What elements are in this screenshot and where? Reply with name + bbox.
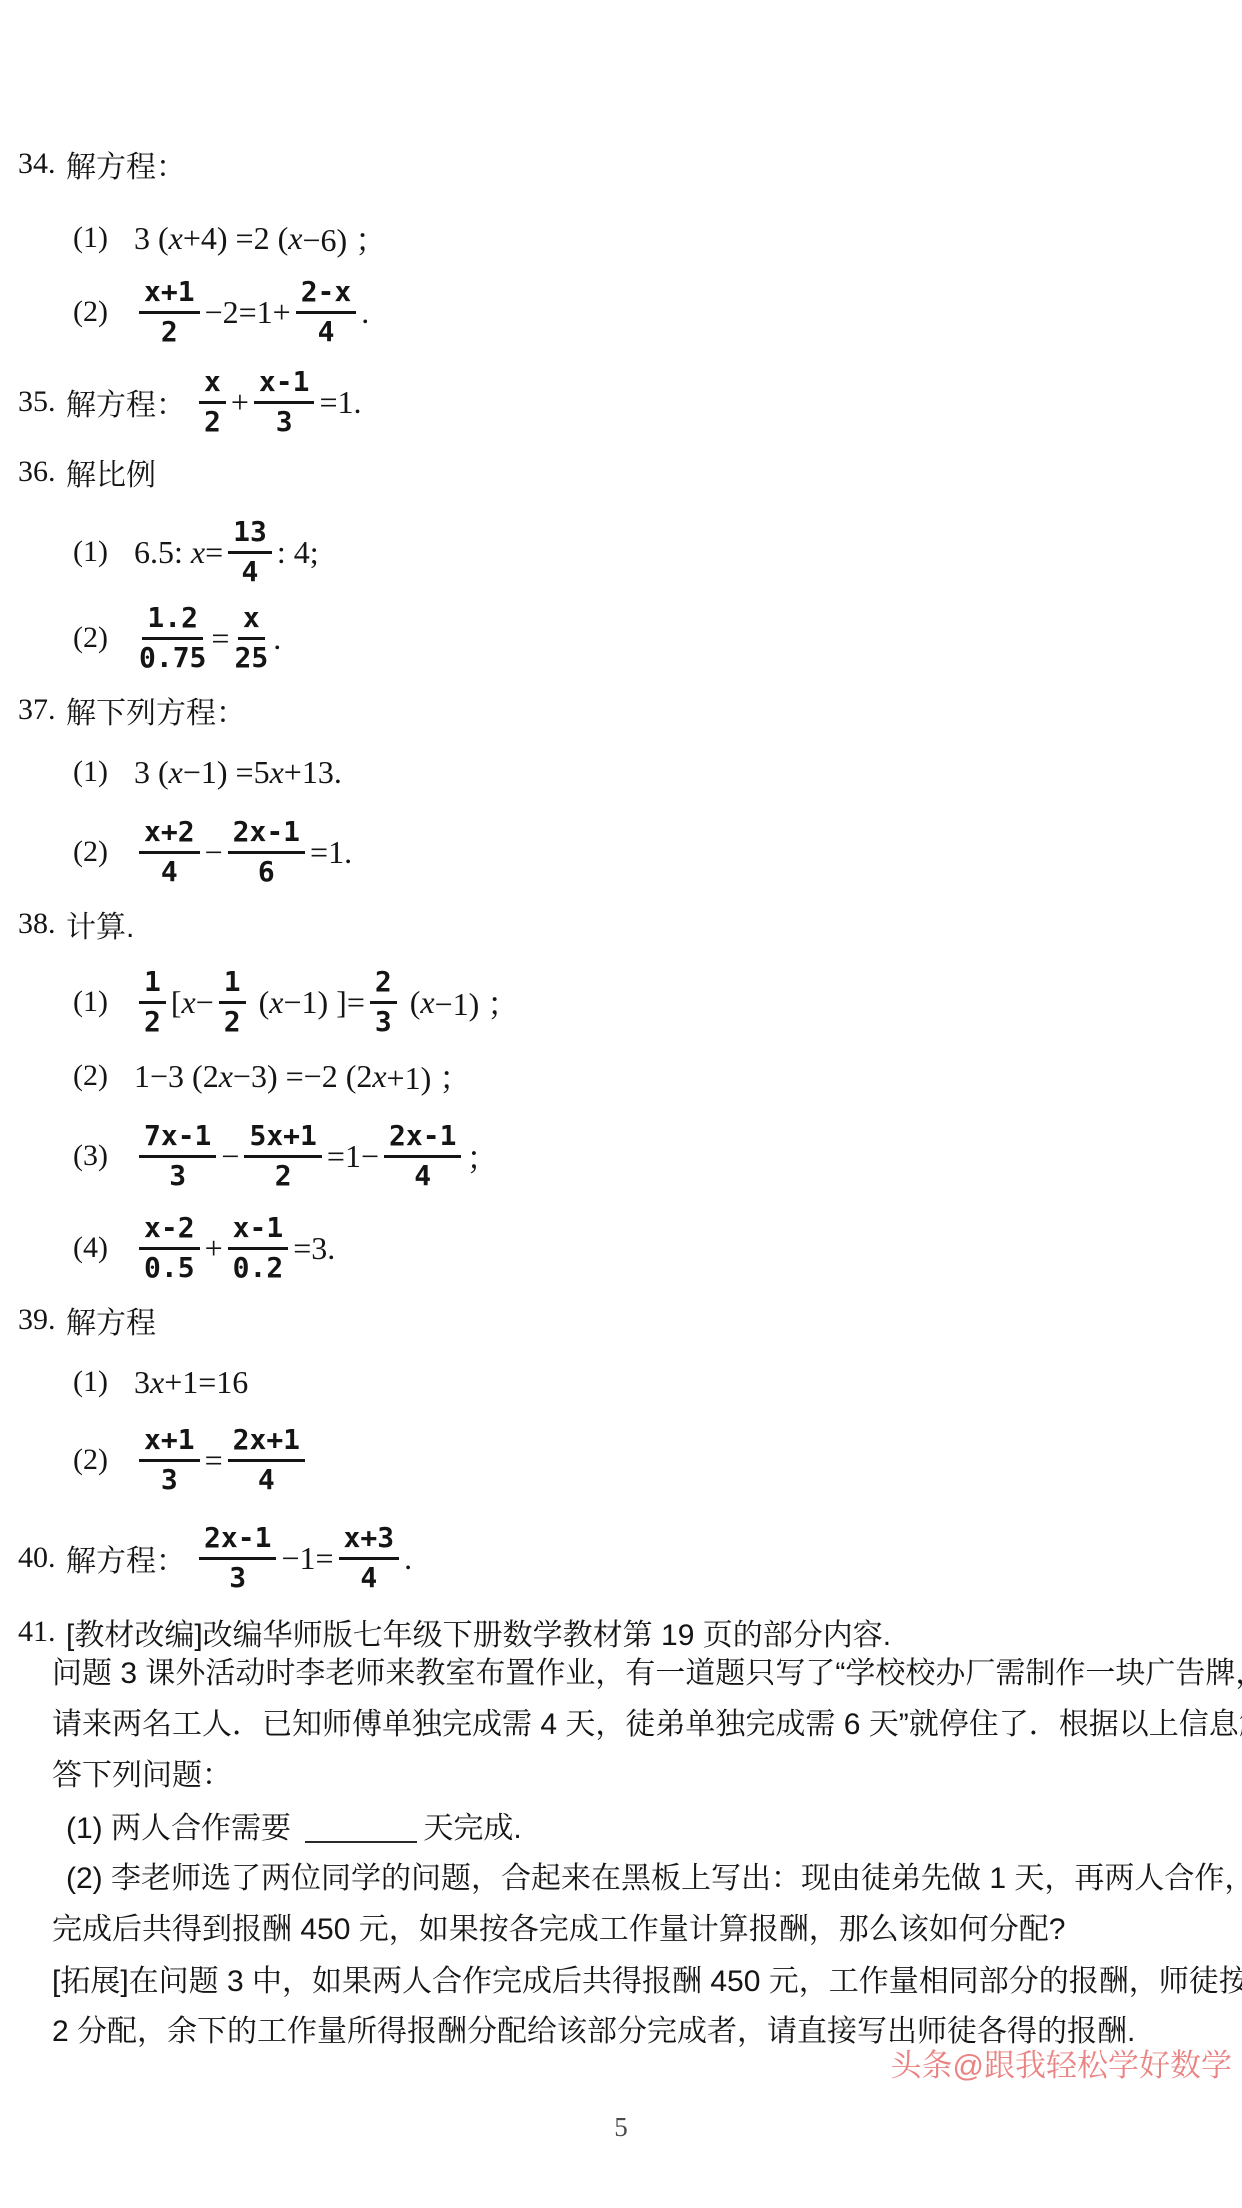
problem-41-line-1: 问题 3 课外活动时李老师来教室布置作业，有一道题只写了“学校校办厂需制作一块广… <box>52 1646 1242 1694</box>
page-number: 5 <box>0 2112 1242 2143</box>
part-label: (4) <box>73 1231 108 1265</box>
text-run: 答下列问题： <box>52 1750 232 1794</box>
equation: 7x-13−5x+12=1−2x-14； <box>134 1121 498 1190</box>
text-run: 解方程： <box>66 380 186 424</box>
paragraph-text: (2) 李老师选了两位同学的问题，合起来在黑板上写出：现由徒弟先做 1 天，再两… <box>66 1853 1242 1897</box>
text-run: x <box>169 754 183 791</box>
text-run: x <box>270 754 284 791</box>
text-run: 3 ( <box>134 754 169 791</box>
part-label: (2) <box>73 295 108 329</box>
paragraph-text: (1) 两人合作需要 天完成. <box>66 1803 522 1847</box>
text-run: 解比例 <box>66 450 156 494</box>
text-run <box>186 1540 194 1577</box>
problem-title: 解方程： x2+x-13=1. <box>66 367 362 436</box>
text-run: x <box>288 220 302 257</box>
fraction: x+12 <box>139 277 200 346</box>
problem-title: 解下列方程： <box>66 688 246 732</box>
text-run: x <box>169 220 183 257</box>
paragraph-text: [拓展]在问题 3 中，如果两人合作完成后共得报酬 450 元，工作量相同部分的… <box>52 1956 1242 2000</box>
text-run: : 4; <box>277 534 319 571</box>
text-run: −1) =5 <box>183 754 270 791</box>
equation: 12[x−12 (x−1) ]=23 (x−1) ； <box>134 967 519 1036</box>
problem-37-header: 37. 解下列方程： <box>18 686 246 734</box>
fraction: x+24 <box>139 817 200 886</box>
text-run: −1= <box>281 1540 333 1577</box>
fraction: 12 <box>139 967 166 1036</box>
text-run: =1− <box>327 1138 379 1175</box>
equation: 6.5: x=134: 4; <box>134 517 319 586</box>
fraction: 2x-13 <box>199 1523 276 1592</box>
text-run: + <box>231 384 249 421</box>
equation: 3x+1=16 <box>134 1364 248 1401</box>
text-run: [拓展]在问题 3 中，如果两人合作完成后共得报酬 450 元，工作量相同部分的… <box>52 1956 1242 2000</box>
part-label: (2) <box>73 835 108 869</box>
text-run: 6.5: <box>134 534 191 571</box>
problem-number: 38. <box>18 907 66 941</box>
text-run: x <box>269 984 283 1021</box>
equation: x+13=2x+14 <box>134 1425 310 1494</box>
fraction: 2-x4 <box>296 277 357 346</box>
text-run: 解方程： <box>66 142 186 186</box>
text-run: x <box>182 984 196 1021</box>
fraction: 12 <box>219 967 246 1036</box>
fraction: 2x-14 <box>384 1121 461 1190</box>
fraction: 1.20.75 <box>139 603 206 672</box>
text-run: =3. <box>293 1230 335 1267</box>
problem-number: 40. <box>18 1541 66 1575</box>
fraction: x2 <box>199 367 226 436</box>
part-label: (1) <box>73 755 108 789</box>
text-run: 1−3 (2 <box>134 1058 219 1095</box>
problem-34-part-2: (2) x+12−2=1+2-x4. <box>73 262 369 362</box>
problem-40-header: 40. 解方程： 2x-13−1=x+34. <box>18 1508 412 1608</box>
text-run: 解方程： <box>66 1536 186 1580</box>
problem-39-part-1: (1) 3x+1=16 <box>73 1358 248 1406</box>
fraction: x-20.5 <box>139 1213 200 1282</box>
text-run: −6) ； <box>302 215 387 261</box>
problem-number: 35. <box>18 385 66 419</box>
text-run: − <box>196 984 214 1021</box>
text-run: +4) =2 ( <box>183 220 288 257</box>
text-run: 天完成. <box>423 1803 521 1847</box>
blank-underline <box>305 1807 417 1843</box>
problem-title: 计算. <box>66 902 134 946</box>
watermark: 头条@跟我轻松学好数学 <box>891 2040 1232 2085</box>
fraction: 5x+12 <box>244 1121 321 1190</box>
text-run <box>186 384 194 421</box>
problem-number: 34. <box>18 147 66 181</box>
equation: 3 (x−1) =5x+13. <box>134 754 342 791</box>
problem-39-header: 39. 解方程 <box>18 1296 156 1344</box>
fraction: 134 <box>228 517 272 586</box>
equation: 1.20.75=x25. <box>134 603 281 672</box>
problem-36-part-1: (1) 6.5: x=134: 4; <box>73 502 319 602</box>
part-label: (3) <box>73 1139 108 1173</box>
problem-39-part-2: (2) x+13=2x+14 <box>73 1410 310 1510</box>
text-run: + <box>205 1230 223 1267</box>
problem-38-part-1: (1) 12[x−12 (x−1) ]=23 (x−1) ； <box>73 952 519 1052</box>
part-label: (1) <box>73 985 108 1019</box>
text-run: 完成后共得到报酬 450 元，如果按各完成工作量计算报酬，那么该如何分配? <box>52 1904 1065 1948</box>
fraction: x+13 <box>139 1425 200 1494</box>
problem-41-line-2: 请来两名工人．已知师傅单独完成需 4 天，徒弟单独完成需 6 天”就停住了．根据… <box>52 1697 1242 1745</box>
paragraph-text: 答下列问题： <box>52 1750 232 1794</box>
text-run: ( <box>402 984 421 1021</box>
part-label: (2) <box>73 1059 108 1093</box>
fraction: 7x-13 <box>139 1121 216 1190</box>
text-run: − <box>205 834 223 871</box>
paragraph-text: 问题 3 课外活动时李老师来教室布置作业，有一道题只写了“学校校办厂需制作一块广… <box>52 1648 1242 1692</box>
text-run: = <box>211 620 229 657</box>
fraction: 2x+14 <box>228 1425 305 1494</box>
problem-36-header: 36. 解比例 <box>18 448 156 496</box>
text-run: = <box>205 534 223 571</box>
text-run: +1=16 <box>164 1364 248 1401</box>
text-run: − <box>221 1138 239 1175</box>
text-run: −1) ]= <box>283 984 364 1021</box>
problem-41-line-3: 答下列问题： <box>52 1748 232 1796</box>
equation: x+24−2x-16=1. <box>134 817 352 886</box>
text-run: 解方程 <box>66 1298 156 1342</box>
problem-41-subitem-2: (2) 李老师选了两位同学的问题，合起来在黑板上写出：现由徒弟先做 1 天，再两… <box>66 1851 1242 1899</box>
text-run: ( <box>251 984 270 1021</box>
fraction: x-10.2 <box>228 1213 289 1282</box>
text-run: −1) ； <box>435 979 520 1025</box>
fraction: x25 <box>234 603 268 672</box>
text-run: . <box>404 1540 412 1577</box>
problem-title: 解方程： 2x-13−1=x+34. <box>66 1523 412 1592</box>
problem-34-header: 34. 解方程： <box>18 140 186 188</box>
text-run: . <box>273 620 281 657</box>
problem-38-header: 38. 计算. <box>18 900 134 948</box>
fraction: 23 <box>370 967 397 1036</box>
problem-34-part-1: (1) 3 (x+4) =2 (x−6) ； <box>73 214 387 262</box>
text-run: ； <box>466 1133 498 1179</box>
problem-38-part-3: (3) 7x-13−5x+12=1−2x-14； <box>73 1106 498 1206</box>
problem-38-part-2: (2) 1−3 (2x−3) =−2 (2x+1) ； <box>73 1052 471 1100</box>
part-label: (2) <box>73 1443 108 1477</box>
text-run: 3 ( <box>134 220 169 257</box>
problem-number: 41. <box>18 1615 66 1649</box>
problem-title: 解方程： <box>66 142 186 186</box>
text-run: 问题 3 课外活动时李老师来教室布置作业，有一道题只写了“学校校办厂需制作一块广… <box>52 1648 1242 1692</box>
text-run: x <box>150 1364 164 1401</box>
paragraph-text: 请来两名工人．已知师傅单独完成需 4 天，徒弟单独完成需 6 天”就停住了．根据… <box>52 1699 1242 1743</box>
paragraph-text: 完成后共得到报酬 450 元，如果按各完成工作量计算报酬，那么该如何分配? <box>52 1904 1065 1948</box>
problem-number: 37. <box>18 693 66 727</box>
worksheet-page: 34. 解方程： (1) 3 (x+4) =2 (x−6) ； (2) x+12… <box>0 0 1242 2208</box>
text-run: −3) =−2 (2 <box>233 1058 372 1095</box>
text-run: = <box>205 1442 223 1479</box>
part-label: (1) <box>73 535 108 569</box>
fraction: x+34 <box>339 1523 400 1592</box>
problem-41-subitem-1: (1) 两人合作需要 天完成. <box>66 1801 522 1849</box>
text-run: 请来两名工人．已知师傅单独完成需 4 天，徒弟单独完成需 6 天”就停住了．根据… <box>52 1699 1242 1743</box>
problem-41-line-7: [拓展]在问题 3 中，如果两人合作完成后共得报酬 450 元，工作量相同部分的… <box>52 1954 1242 2002</box>
equation: 3 (x+4) =2 (x−6) ； <box>134 215 387 261</box>
text-run: +1) ； <box>387 1053 472 1099</box>
problem-number: 36. <box>18 455 66 489</box>
part-label: (2) <box>73 621 108 655</box>
equation: x-20.5+x-10.2=3. <box>134 1213 335 1282</box>
text-run: =1. <box>319 384 361 421</box>
part-label: (1) <box>73 1365 108 1399</box>
problem-38-part-4: (4) x-20.5+x-10.2=3. <box>73 1198 335 1298</box>
problem-title: 解方程 <box>66 1298 156 1342</box>
part-label: (1) <box>73 221 108 255</box>
text-run: . <box>361 294 369 331</box>
text-run: x <box>372 1058 386 1095</box>
text-run: (1) 两人合作需要 <box>66 1803 299 1847</box>
text-run: 解下列方程： <box>66 688 246 732</box>
problem-35-header: 35. 解方程： x2+x-13=1. <box>18 352 362 452</box>
fraction: 2x-16 <box>228 817 305 886</box>
text-run: [ <box>171 984 182 1021</box>
fraction: x-13 <box>254 367 315 436</box>
text-run: (2) 李老师选了两位同学的问题，合起来在黑板上写出：现由徒弟先做 1 天，再两… <box>66 1853 1242 1897</box>
problem-36-part-2: (2) 1.20.75=x25. <box>73 588 281 688</box>
text-run: −2=1+ <box>205 294 291 331</box>
equation: x+12−2=1+2-x4. <box>134 277 369 346</box>
equation: 1−3 (2x−3) =−2 (2x+1) ； <box>134 1053 471 1099</box>
problem-title: 解比例 <box>66 450 156 494</box>
text-run: 3 <box>134 1364 150 1401</box>
text-run: +13. <box>284 754 342 791</box>
text-run: 计算. <box>66 902 134 946</box>
text-run: x <box>191 534 205 571</box>
text-run: x <box>420 984 434 1021</box>
text-run: =1. <box>310 834 352 871</box>
problem-41-line-6: 完成后共得到报酬 450 元，如果按各完成工作量计算报酬，那么该如何分配? <box>52 1902 1065 1950</box>
text-run: x <box>219 1058 233 1095</box>
problem-37-part-1: (1) 3 (x−1) =5x+13. <box>73 748 342 796</box>
problem-37-part-2: (2) x+24−2x-16=1. <box>73 802 352 902</box>
problem-number: 39. <box>18 1303 66 1337</box>
